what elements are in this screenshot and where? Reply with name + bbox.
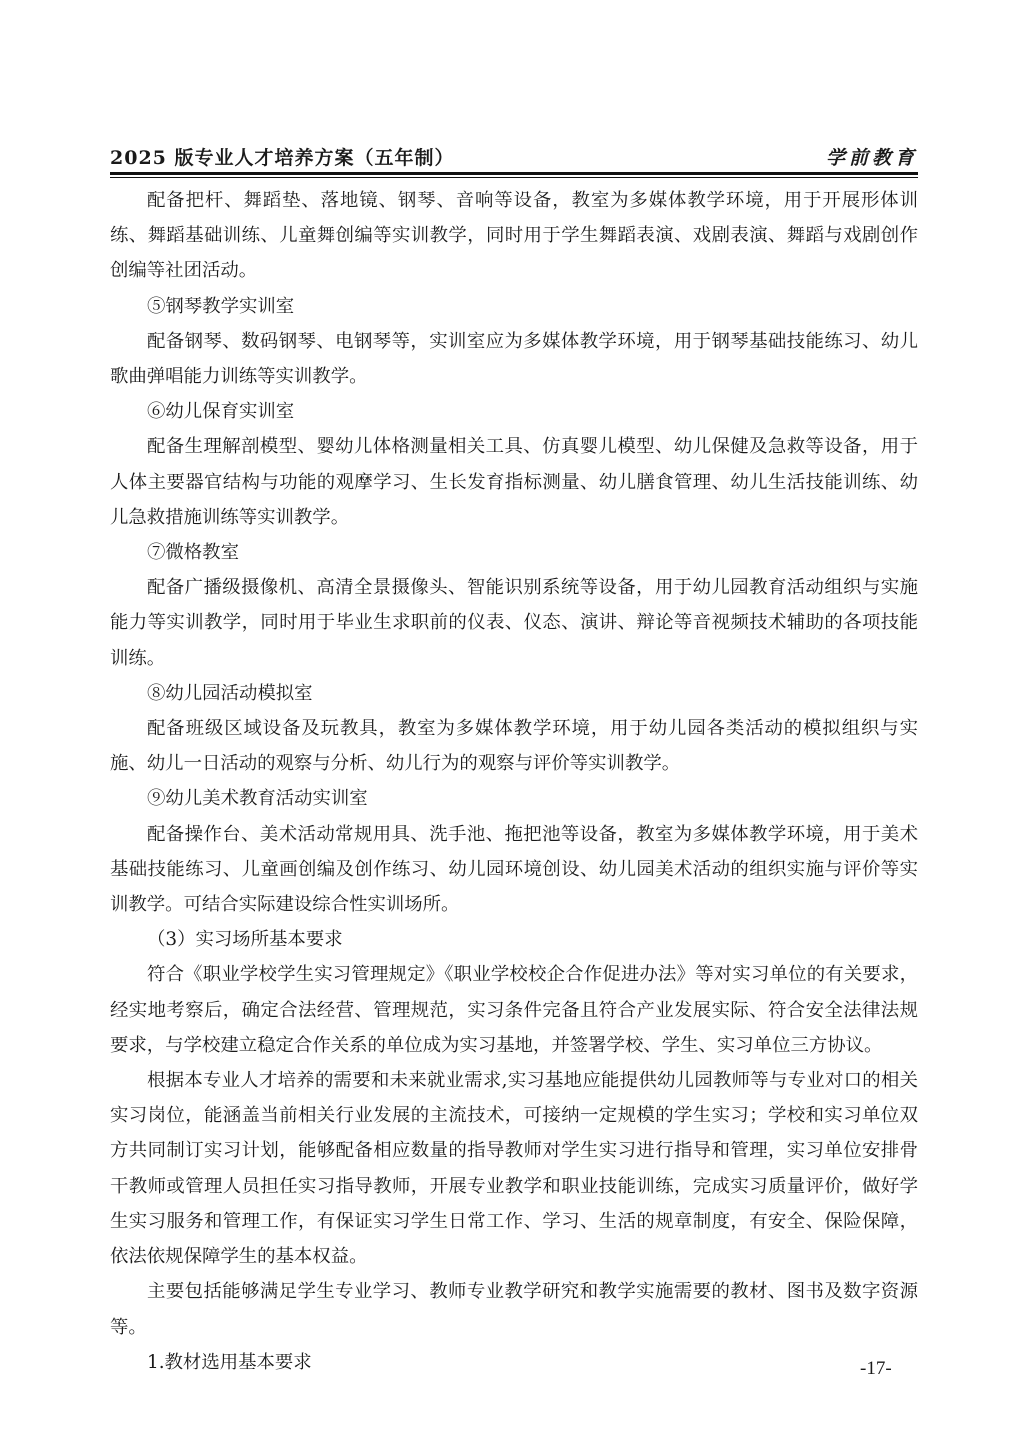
page-body: 配备把杆、舞蹈垫、落地镜、钢琴、音响等设备，教室为多媒体教学环境，用于开展形体训… [110,183,918,1380]
header-rule-thick [110,172,918,175]
paragraph-dance-room-description: 配备把杆、舞蹈垫、落地镜、钢琴、音响等设备，教室为多媒体教学环境，用于开展形体训… [110,183,918,289]
paragraph-teaching-resources: 主要包括能够满足学生专业学习、教师专业教学研究和教学实施需要的教材、图书及数字资… [110,1274,918,1344]
page-header: 2025 版专业人才培养方案（五年制） 学前教育 [110,143,918,167]
page-number: -17- [860,1358,892,1380]
heading-piano-room: ⑤钢琴教学实训室 [110,289,918,324]
heading-kindergarten-simulation-room: ⑧幼儿园活动模拟室 [110,676,918,711]
paragraph-microteaching-room-description: 配备广播级摄像机、高清全景摄像头、智能识别系统等设备，用于幼儿园教育活动组织与实… [110,570,918,676]
heading-internship-requirements: （3）实习场所基本要求 [110,922,918,957]
heading-childcare-room: ⑥幼儿保育实训室 [110,394,918,429]
heading-art-education-room: ⑨幼儿美术教育活动实训室 [110,781,918,816]
paragraph-internship-base-needs: 根据本专业人才培养的需要和未来就业需求,实习基地应能提供幼儿园教师等与专业对口的… [110,1063,918,1274]
paragraph-art-education-room-description: 配备操作台、美术活动常规用具、洗手池、拖把池等设备，教室为多媒体教学环境，用于美… [110,817,918,923]
header-document-title: 2025 版专业人才培养方案（五年制） [110,143,455,170]
header-section-title: 学前教育 [826,143,918,170]
heading-textbook-selection: 1.教材选用基本要求 [110,1345,918,1380]
header-rule-thin [110,177,918,178]
heading-microteaching-room: ⑦微格教室 [110,535,918,570]
paragraph-internship-regulations: 符合《职业学校学生实习管理规定》《职业学校校企合作促进办法》等对实习单位的有关要… [110,957,918,1063]
paragraph-childcare-room-description: 配备生理解剖模型、婴幼儿体格测量相关工具、仿真婴儿模型、幼儿保健及急救等设备，用… [110,429,918,535]
paragraph-kindergarten-simulation-room-description: 配备班级区域设备及玩教具，教室为多媒体教学环境，用于幼儿园各类活动的模拟组织与实… [110,711,918,781]
paragraph-piano-room-description: 配备钢琴、数码钢琴、电钢琴等，实训室应为多媒体教学环境，用于钢琴基础技能练习、幼… [110,324,918,394]
